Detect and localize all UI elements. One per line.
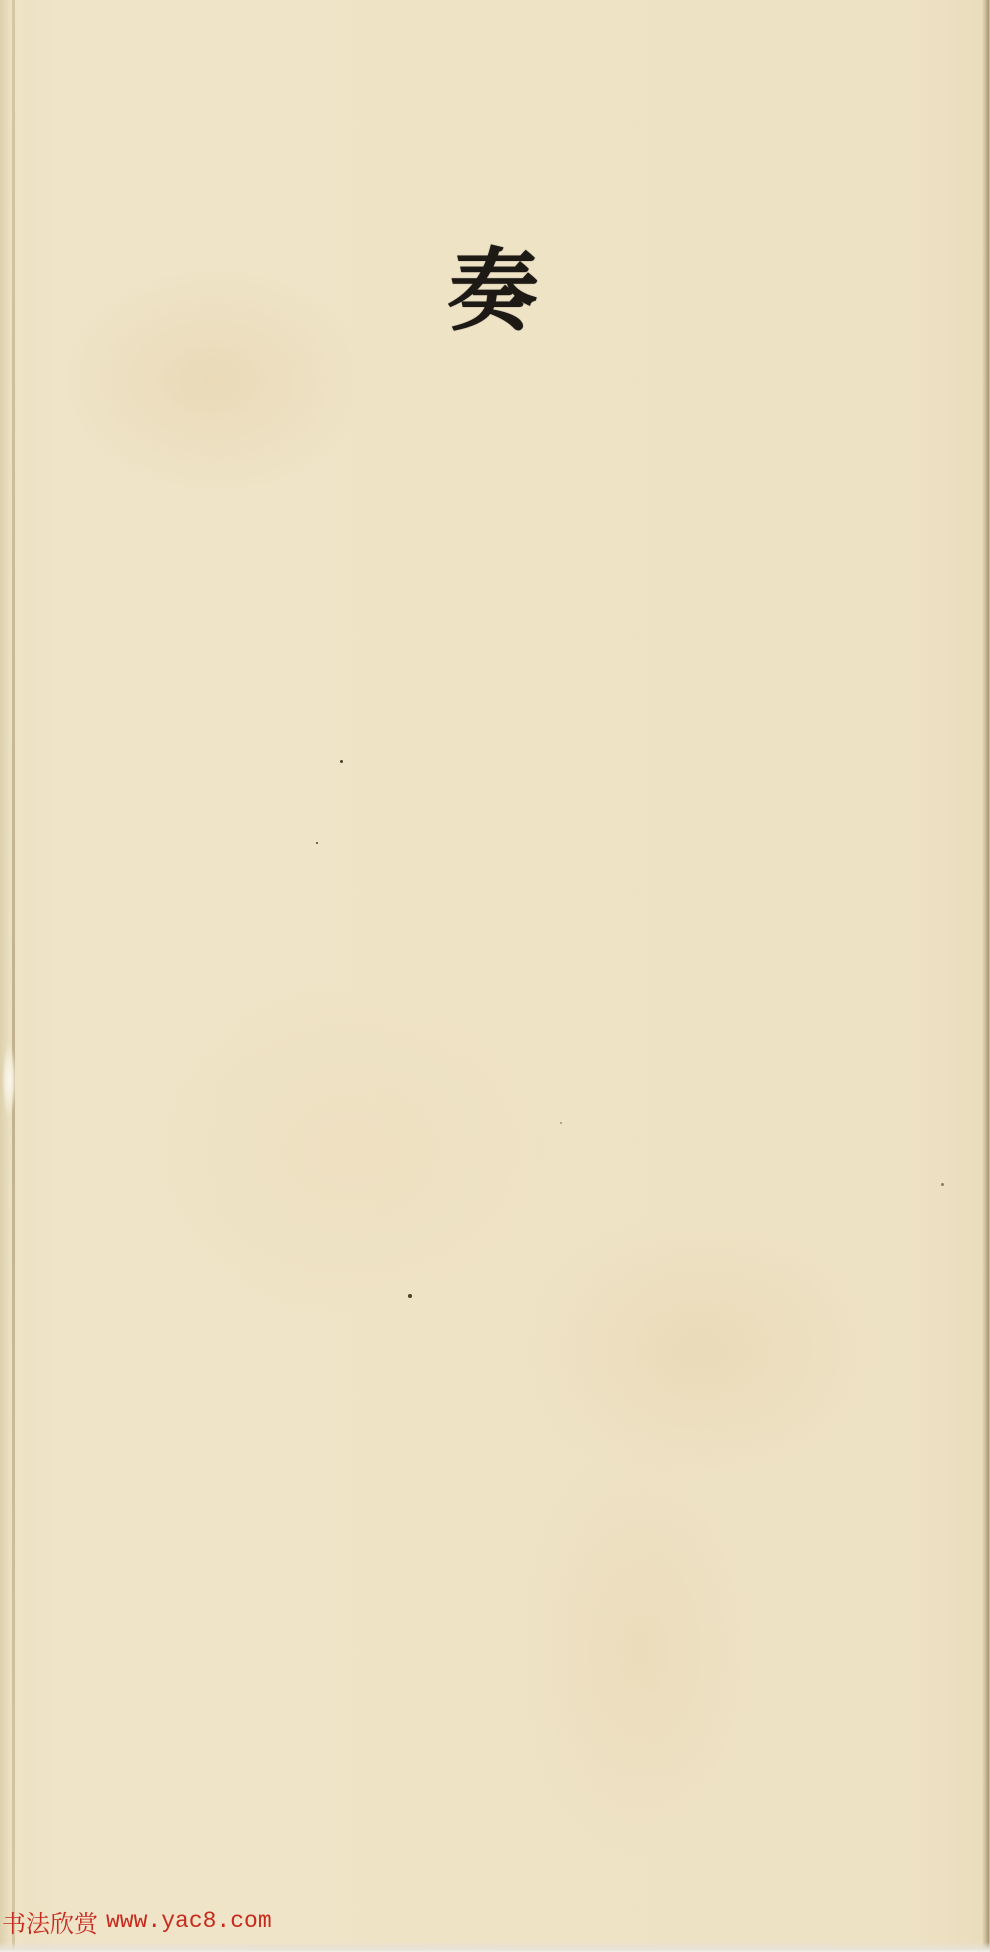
watermark: 书法欣赏 www.yac8.com: [2, 1906, 272, 1936]
paper-speck: [316, 842, 318, 844]
watermark-url: www.yac8.com: [106, 1908, 272, 1934]
paper-page: 奏 书法欣赏 www.yac8.com: [0, 0, 990, 1952]
document-title-character: 奏: [434, 236, 552, 346]
paper-speck: [560, 1122, 562, 1124]
paper-tear: [2, 1040, 16, 1120]
paper-fold-line: [12, 0, 15, 1952]
paper-right-edge: [982, 0, 990, 1952]
paper-speck: [340, 760, 343, 763]
paper-bottom-edge: [0, 1942, 990, 1952]
paper-speck: [941, 1183, 944, 1186]
paper-speck: [408, 1294, 412, 1298]
watermark-site-name: 书法欣赏: [2, 1904, 98, 1939]
